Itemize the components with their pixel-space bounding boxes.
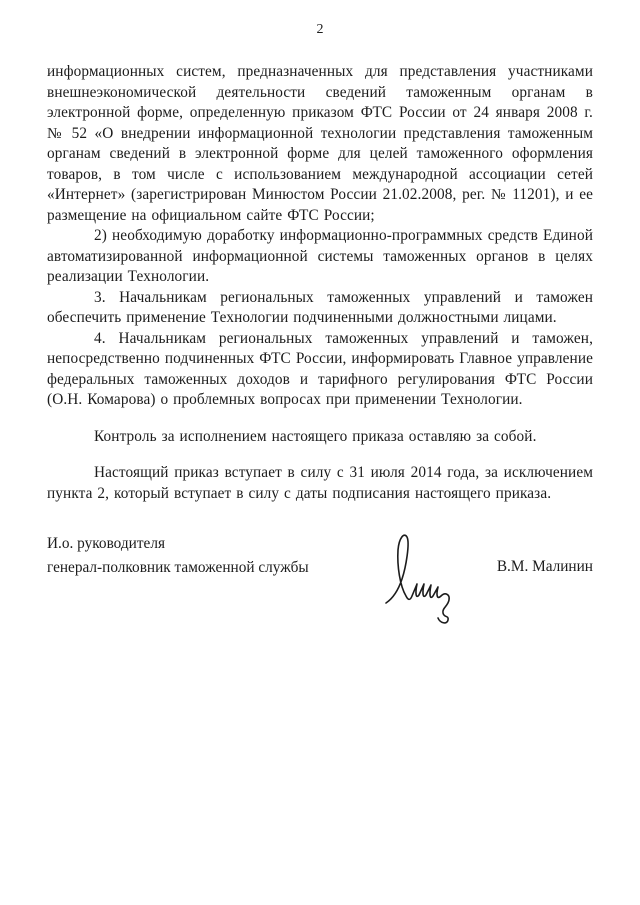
- signatory-position-line1: И.о. руководителя: [47, 532, 593, 556]
- document-body: информационных систем, предназначенных д…: [47, 62, 593, 632]
- paragraph-item-2: 2) необходимую доработку информационно-п…: [47, 226, 593, 288]
- paragraph-control: Контроль за исполнением настоящего прика…: [47, 427, 593, 448]
- signatory-name: В.М. Малинин: [497, 557, 593, 577]
- document-page: 2 информационных систем, предназначенных…: [0, 0, 640, 905]
- page-number: 2: [47, 22, 593, 37]
- signature-block: И.о. руководителя генерал-полковник тамо…: [47, 532, 593, 632]
- paragraph-continuation: информационных систем, предназначенных д…: [47, 62, 593, 226]
- paragraph-item-4: 4. Начальникам региональных таможенных у…: [47, 329, 593, 411]
- handwritten-signature-icon: [383, 530, 471, 626]
- paragraph-item-3: 3. Начальникам региональных таможенных у…: [47, 288, 593, 329]
- paragraph-effective-date: Настоящий приказ вступает в силу с 31 ию…: [47, 463, 593, 504]
